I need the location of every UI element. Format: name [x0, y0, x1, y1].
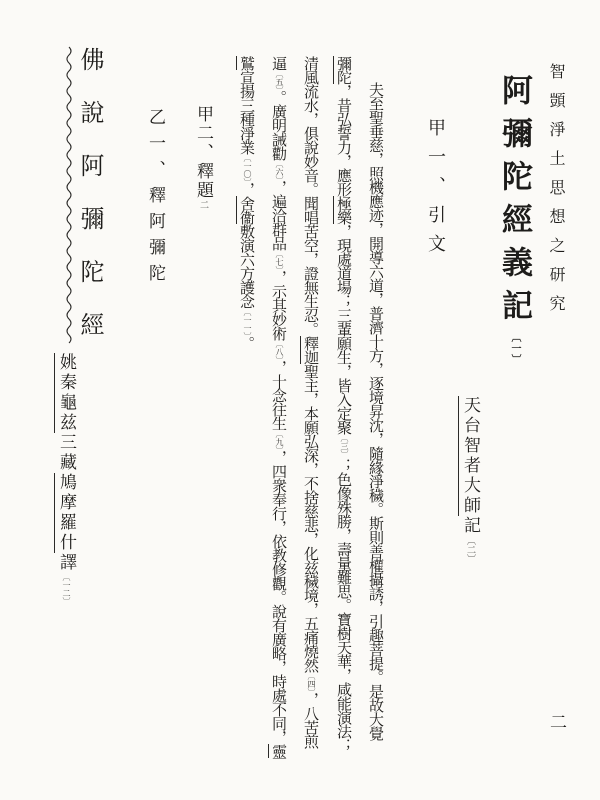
proper-noun-marked-text: 鳩摩羅什: [54, 473, 76, 553]
proper-noun-marked-text: 姚秦: [54, 353, 76, 393]
text-run: 阿彌陀經義記: [496, 74, 532, 332]
quotation-column-1: 夫至聖垂慈，照機應迹，開導六道，普濟十方，逐境昇沈，隨緣淨穢。斯則善權攝誘，引趣…: [368, 82, 383, 740]
text-run: 敷演六方護念: [238, 224, 256, 308]
text-run: 甲二、釋題: [193, 105, 213, 200]
annotation-number: 〔九〕: [275, 430, 284, 450]
annotation-number: 二: [198, 200, 208, 209]
proper-noun-marked-text: 鷲: [236, 56, 256, 70]
annotation-number: 〔二〕: [465, 536, 475, 563]
annotation-number: 〔七〕: [275, 250, 284, 270]
text-run: ，遍洽群品: [270, 180, 288, 250]
annotation-number: 〔一二〕: [62, 573, 71, 605]
text-run: 宣揚三種淨業: [238, 70, 256, 154]
book-title-wavy-mark-icon: [64, 45, 74, 345]
text-run: 譯: [56, 553, 76, 573]
text-run: ；色像殊勝，壽量難思。寶樹天華，咸能演法；: [335, 458, 353, 752]
text-run: ，四衆奉行，依教修觀。說有廣略，時處不同，: [270, 450, 288, 744]
annotation-number: 〔一〇〕: [243, 154, 252, 182]
proper-noun-marked-text: 彌陀: [333, 56, 353, 84]
annotation-number: 〔五〕: [275, 70, 284, 90]
proper-noun-marked-text: 靈: [268, 744, 288, 758]
annotation-number: 〔六〕: [275, 160, 284, 180]
quotation-column-2: 彌陀，昔弘誓力，應形極樂，現處道場；三輩願生，皆入定聚〔三〕；色像殊勝，壽量難思…: [336, 56, 351, 752]
translator-line: 姚秦龜兹三藏鳩摩羅什譯〔一二〕: [57, 353, 74, 605]
page-number: 二: [547, 713, 564, 730]
text-run: ，八苦煎: [302, 692, 320, 748]
section-heading-intro: 甲一、引文: [426, 118, 444, 263]
section-heading-title-explanation: 甲二、釋題二: [194, 105, 211, 209]
text-run: 夫至聖垂慈，照機應迹，開導六道，普濟十方，逐境昇沈，隨緣淨穢。斯則善權攝誘，引趣…: [367, 82, 385, 740]
text-run: 逼: [270, 56, 288, 70]
text-run: 。: [238, 336, 256, 350]
quotation-column-3: 清風流水，俱說妙音。聞唱苦空，證無生忍。釋迦聖主，本願弘深，不捨慈悲，化兹穢境，…: [303, 56, 318, 748]
text-run: ，昔弘誓力，應形: [335, 84, 353, 196]
text-run: 聖主，本願弘深，不捨慈悲，化兹穢境，五痛燒然: [302, 364, 320, 672]
annotation-number: 〔四〕: [307, 672, 316, 692]
proper-noun-marked-text: 舍衞: [236, 196, 256, 224]
proper-noun-marked-text: 極樂: [333, 196, 353, 224]
annotation-number: 〔一一〕: [243, 308, 252, 336]
quotation-column-4: 逼〔五〕。廣明誡勸〔六〕，遍洽群品〔七〕，示其妙術〔八〕，十念往生〔九〕，四衆奉…: [271, 56, 286, 758]
annotation-number: 〔八〕: [275, 340, 284, 360]
text-run: ，十念往生: [270, 360, 288, 430]
proper-noun-marked-text: 天台智者大師: [458, 396, 480, 516]
scanned-book-page: 智顗淨土思想之研究 阿彌陀經義記〔一〕 甲一、引文 天台智者大師記〔二〕 夫至聖…: [0, 0, 600, 800]
annotation-number: 〔三〕: [340, 434, 349, 458]
text-run: 清風流水，俱說妙音。聞唱苦空，證無生忍。: [302, 56, 320, 336]
proper-noun-marked-text: 龜兹: [54, 393, 76, 433]
text-run: ，示其妙術: [270, 270, 288, 340]
page-title: 阿彌陀經義記〔一〕: [498, 74, 529, 365]
quotation-column-5: 鷲宣揚三種淨業〔一〇〕，舍衞敷演六方護念〔一一〕。: [239, 56, 254, 350]
author-line: 天台智者大師記〔二〕: [461, 396, 478, 563]
text-run: 三藏: [56, 433, 76, 473]
text-run: 。廣明誡勸: [270, 90, 288, 160]
annotation-number: 〔一〕: [509, 332, 520, 365]
running-head: 智顗淨土思想之研究: [548, 63, 564, 324]
text-run: ，: [238, 182, 256, 196]
text-run: ，現處道場；三輩願生，皆入定聚: [335, 224, 353, 434]
sutra-title: 佛說阿彌陀經: [78, 47, 102, 365]
proper-noun-marked-text: 釋迦: [300, 336, 320, 364]
section-heading-amitabha: 乙一、釋阿彌陀: [146, 108, 163, 290]
text-run: 記: [460, 516, 480, 536]
